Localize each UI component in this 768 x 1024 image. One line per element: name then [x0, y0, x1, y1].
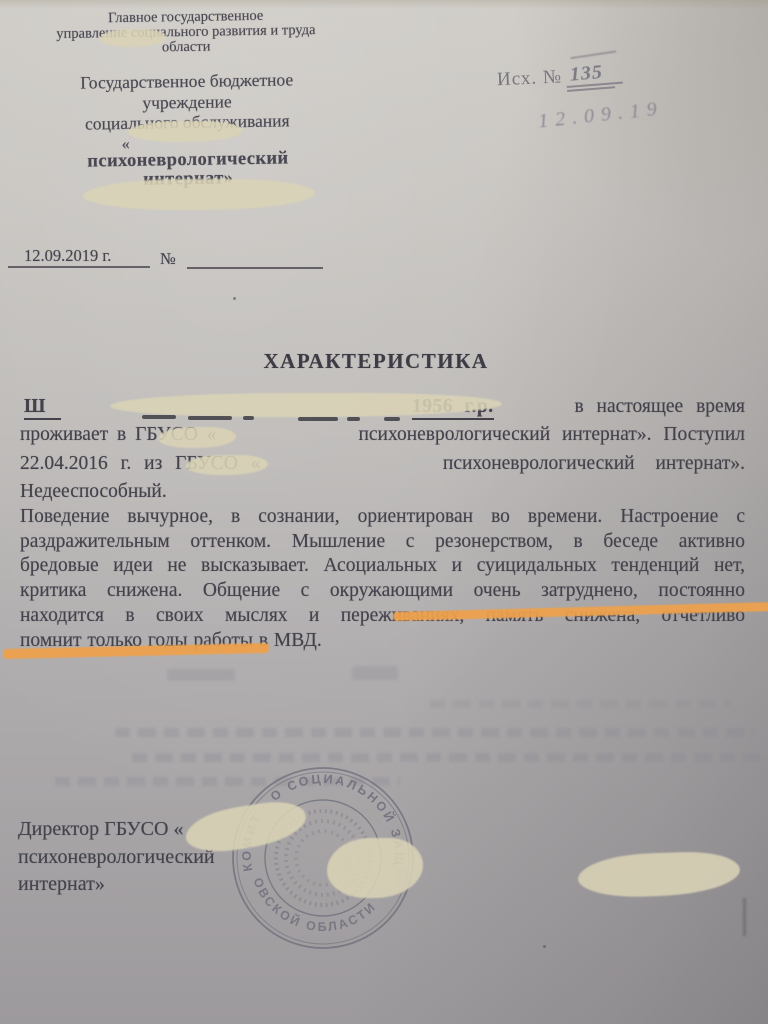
- signature-block: Директор ГБУСО « психоневрологический ин…: [18, 816, 215, 899]
- p1-line2: проживает в ГБУСО « психоневрологический…: [20, 424, 745, 446]
- crossed-out-mark: [384, 417, 400, 421]
- document-title: ХАРАКТЕРИСТИКА: [0, 349, 752, 374]
- letterhead: Главное государственное управление социа…: [21, 7, 354, 192]
- p2-line: Поведение вычурное, в сознании, ориентир…: [20, 505, 745, 530]
- date-underline: [8, 266, 150, 268]
- crossed-out-mark: [243, 416, 254, 420]
- p1-line1-tail: в настоящее время: [574, 396, 745, 418]
- redacted-surname-initial: Ш: [24, 396, 61, 420]
- bleed-through-smudge: [352, 666, 398, 680]
- p2-line: бредовые идеи не высказывает. Асоциальны…: [20, 554, 745, 579]
- signature-line3: интернат»: [18, 871, 215, 899]
- crossed-out-mark: [298, 417, 338, 421]
- whiteout-patch-right: [577, 850, 740, 899]
- outgoing-number-handwritten: 135: [569, 61, 604, 87]
- bleed-through-line: [115, 728, 755, 737]
- document-date: 12.09.2019 г.: [24, 246, 111, 266]
- scanned-document-page: Главное государственное управление социа…: [0, 0, 768, 1024]
- bleed-through-line: [430, 700, 730, 708]
- p1-line3: 22.04.2016 г. из ГБУСО « психоневрологич…: [20, 453, 745, 475]
- org-line2: учреждение: [22, 90, 352, 114]
- bleed-through-line: [132, 753, 760, 762]
- p1-line3-right: психоневрологический интернат».: [443, 453, 745, 475]
- p1-line4: Недееспособный.: [20, 481, 745, 503]
- number-sign: №: [160, 249, 176, 269]
- outgoing-number-stamp: Исх. №135: [497, 64, 604, 92]
- bleed-through-smudge: [167, 669, 235, 681]
- crossed-out-mark: [142, 415, 176, 419]
- p2-line: раздражительным оттенком. Мышление с рез…: [20, 530, 745, 555]
- paper-speck: [543, 945, 546, 948]
- number-blank-underline: [187, 267, 323, 269]
- signature-line2: психоневрологический: [18, 844, 215, 872]
- paper-speck: [233, 297, 236, 300]
- paragraph-2: Поведение вычурное, в сознании, ориентир…: [20, 505, 745, 653]
- p2-line: критика снижена. Общение с окружающими о…: [20, 579, 745, 604]
- whiteout-patch-letterhead-bottom: [83, 179, 315, 210]
- crossed-out-mark: [188, 416, 232, 420]
- org-line1: Государственное бюджетное: [22, 69, 352, 93]
- handwritten-date: 12.09.19: [537, 97, 665, 133]
- paper-top-shade: [0, 0, 768, 9]
- outgoing-number-value: 135: [569, 61, 604, 86]
- p1-line2-right: психоневрологический интернат». Поступил: [358, 424, 745, 446]
- outgoing-label: Исх. №: [497, 66, 563, 90]
- paper-crease-streak: [743, 898, 746, 936]
- signature-line1: Директор ГБУСО «: [18, 816, 215, 844]
- crossed-out-mark: [347, 417, 360, 421]
